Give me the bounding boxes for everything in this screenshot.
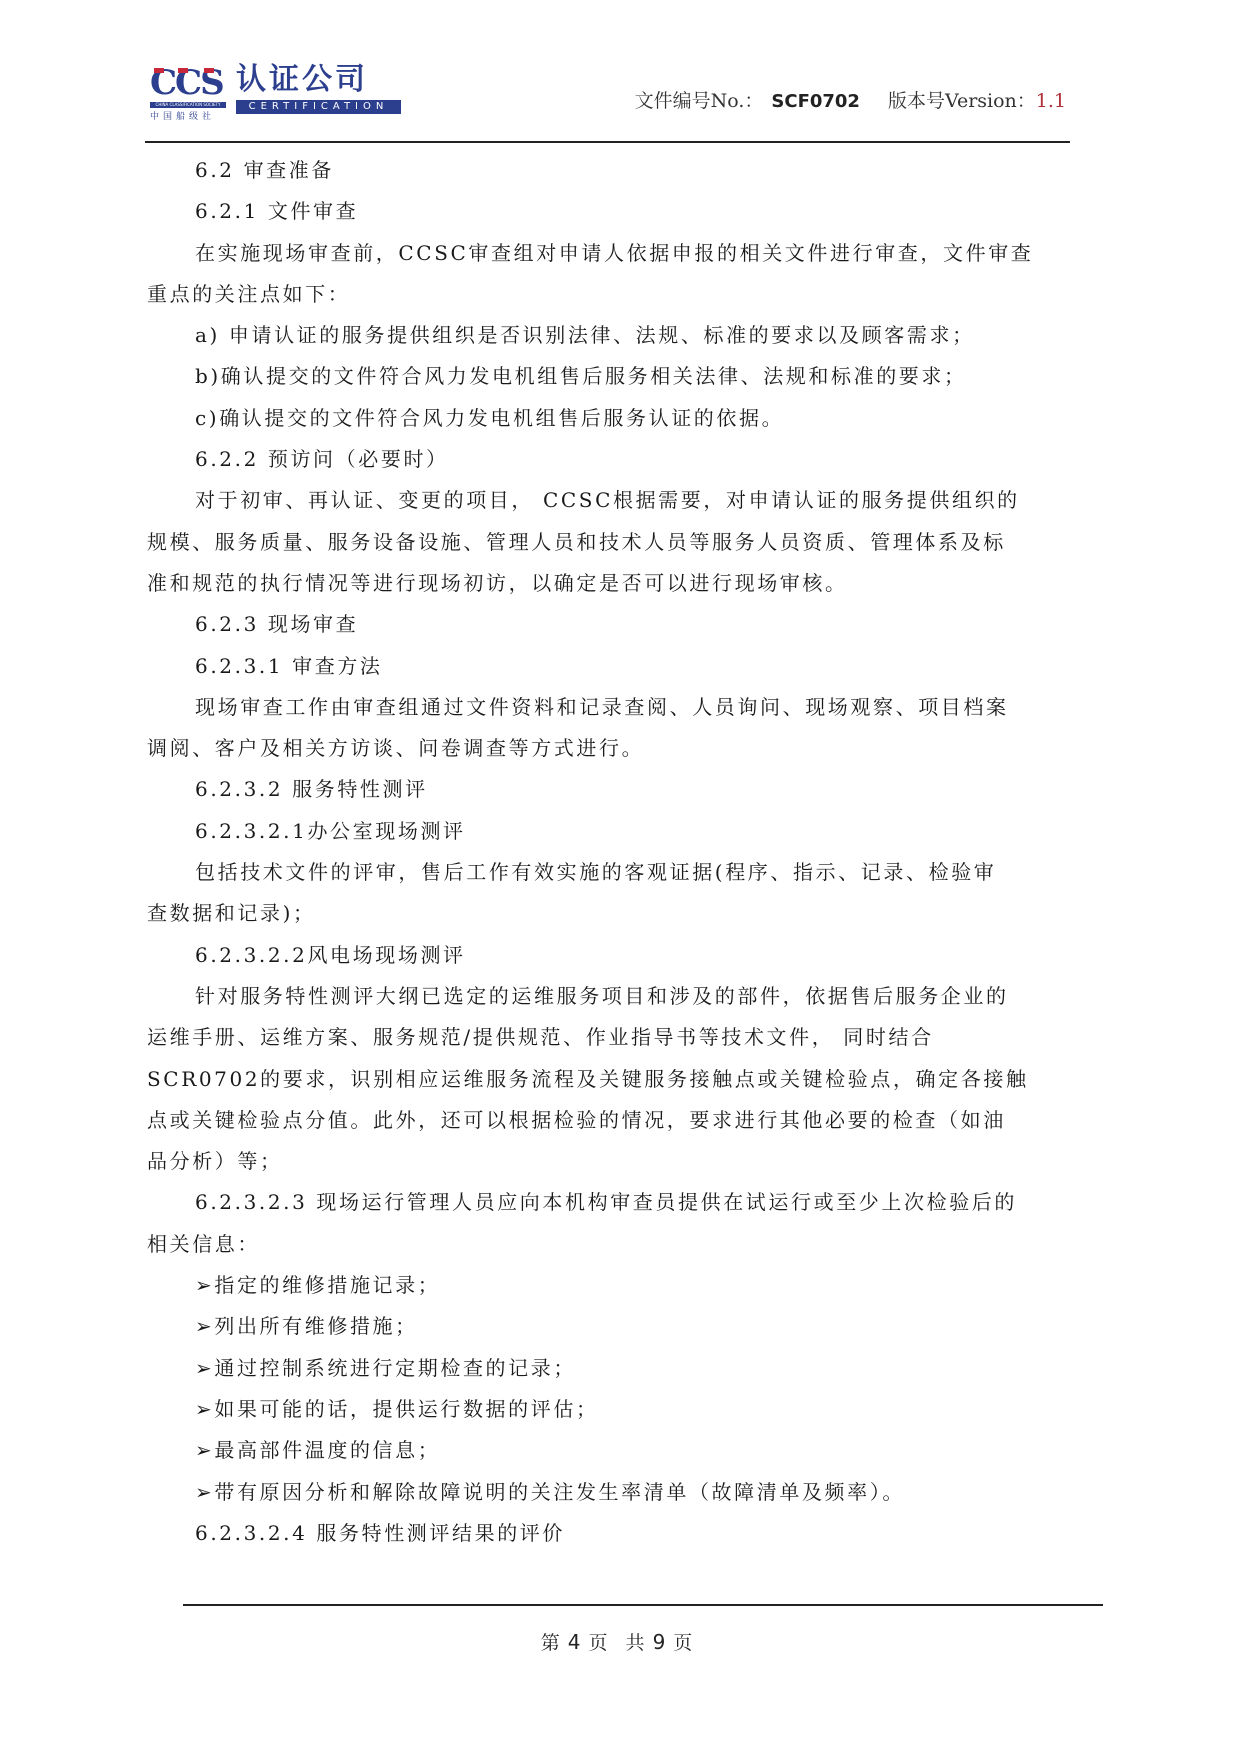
page-prefix: 第: [541, 1632, 560, 1654]
text-line: 相关信息：: [147, 1224, 1087, 1265]
version-number: 1.1: [1036, 90, 1066, 112]
text-line: 6.2.3.2.2风电场现场测评: [147, 935, 1087, 976]
text-line: 6.2.2 预访问（必要时）: [147, 439, 1087, 480]
text-line: 6.2.3.2.4 服务特性测评结果的评价: [147, 1513, 1087, 1554]
text-line: 点或关键检验点分值。此外，还可以根据检验的情况，要求进行其他必要的检查（如油: [147, 1100, 1087, 1141]
logo-red-accent: [178, 68, 188, 73]
text-line: 6.2.3 现场审查: [147, 604, 1087, 645]
text-line: 运维手册、运维方案、服务规范/提供规范、作业指导书等技术文件， 同时结合: [147, 1017, 1087, 1058]
ccs-certification-logo: CCS CHINA CLASSIFICATION SOCIETY 中国船级社 认…: [146, 62, 406, 122]
text-line: 6.2.3.2.1办公室现场测评: [147, 811, 1087, 852]
text-line: ➢通过控制系统进行定期检查的记录；: [147, 1348, 1087, 1389]
text-line: ➢最高部件温度的信息；: [147, 1430, 1087, 1471]
page-header: CCS CHINA CLASSIFICATION SOCIETY 中国船级社 认…: [146, 62, 1086, 122]
text-line: SCR0702的要求，识别相应运维服务流程及关键服务接触点或关键检验点，确定各接…: [147, 1059, 1087, 1100]
text-line: 6.2 审查准备: [147, 150, 1087, 191]
page-footer: 第4页 共9页: [0, 1628, 1233, 1655]
text-line: 规模、服务质量、服务设备设施、管理人员和技术人员等服务人员资质、管理体系及标: [147, 522, 1087, 563]
logo-red-accent: [204, 68, 214, 73]
text-line: 6.2.1 文件审查: [147, 191, 1087, 232]
text-line: 6.2.3.2.3 现场运行管理人员应向本机构审查员提供在试运行或至少上次检验后…: [147, 1182, 1087, 1223]
text-line: 6.2.3.1 审查方法: [147, 646, 1087, 687]
page-suffix: 页: [673, 1632, 692, 1654]
logo-society-en: CHINA CLASSIFICATION SOCIETY: [150, 102, 226, 108]
text-line: ➢如果可能的话，提供运行数据的评估；: [147, 1389, 1087, 1430]
text-line: 对于初审、再认证、变更的项目， CCSC根据需要，对申请认证的服务提供组织的: [147, 480, 1087, 521]
text-line: a) 申请认证的服务提供组织是否识别法律、法规、标准的要求以及顾客需求；: [147, 315, 1087, 356]
page-mid: 页 共: [588, 1632, 644, 1654]
document-info: 文件编号No.：SCF0702版本号Version：1.1: [635, 86, 1066, 113]
text-line: 查数据和记录)；: [147, 893, 1087, 934]
text-line: 现场审查工作由审查组通过文件资料和记录查阅、人员询问、现场观察、项目档案: [147, 687, 1087, 728]
logo-red-accent: [154, 68, 164, 73]
text-line: 调阅、客户及相关方访谈、问卷调查等方式进行。: [147, 728, 1087, 769]
header-divider: [145, 141, 1070, 143]
text-line: ➢指定的维修措施记录；: [147, 1265, 1087, 1306]
footer-divider: [183, 1604, 1103, 1606]
text-line: ➢列出所有维修措施；: [147, 1306, 1087, 1347]
text-line: 准和规范的执行情况等进行现场初访，以确定是否可以进行现场审核。: [147, 563, 1087, 604]
document-body: 6.2 审查准备6.2.1 文件审查在实施现场审查前，CCSC审查组对申请人依据…: [147, 150, 1087, 1554]
text-line: 品分析）等；: [147, 1141, 1087, 1182]
text-line: 6.2.3.2 服务特性测评: [147, 769, 1087, 810]
logo-society-cn: 中国船级社: [150, 109, 230, 122]
text-line: c)确认提交的文件符合风力发电机组售后服务认证的依据。: [147, 398, 1087, 439]
page-total: 9: [645, 1630, 674, 1654]
text-line: 在实施现场审查前，CCSC审查组对申请人依据申报的相关文件进行审查，文件审查: [147, 233, 1087, 274]
doc-number-label: 文件编号No.：: [635, 90, 764, 112]
text-line: b)确认提交的文件符合风力发电机组售后服务相关法律、法规和标准的要求；: [147, 356, 1087, 397]
logo-company-cn: 认证公司: [236, 64, 368, 96]
version-label: 版本号Version：: [888, 90, 1036, 112]
text-line: 针对服务特性测评大纲已选定的运维服务项目和涉及的部件，依据售后服务企业的: [147, 976, 1087, 1017]
text-line: ➢带有原因分析和解除故障说明的关注发生率清单（故障清单及频率）。: [147, 1472, 1087, 1513]
doc-number: SCF0702: [771, 91, 860, 112]
logo-certification: CERTIFICATION: [236, 100, 401, 114]
text-line: 重点的关注点如下：: [147, 274, 1087, 315]
text-line: 包括技术文件的评审，售后工作有效实施的客观证据(程序、指示、记录、检验审: [147, 852, 1087, 893]
page-current: 4: [560, 1630, 589, 1654]
